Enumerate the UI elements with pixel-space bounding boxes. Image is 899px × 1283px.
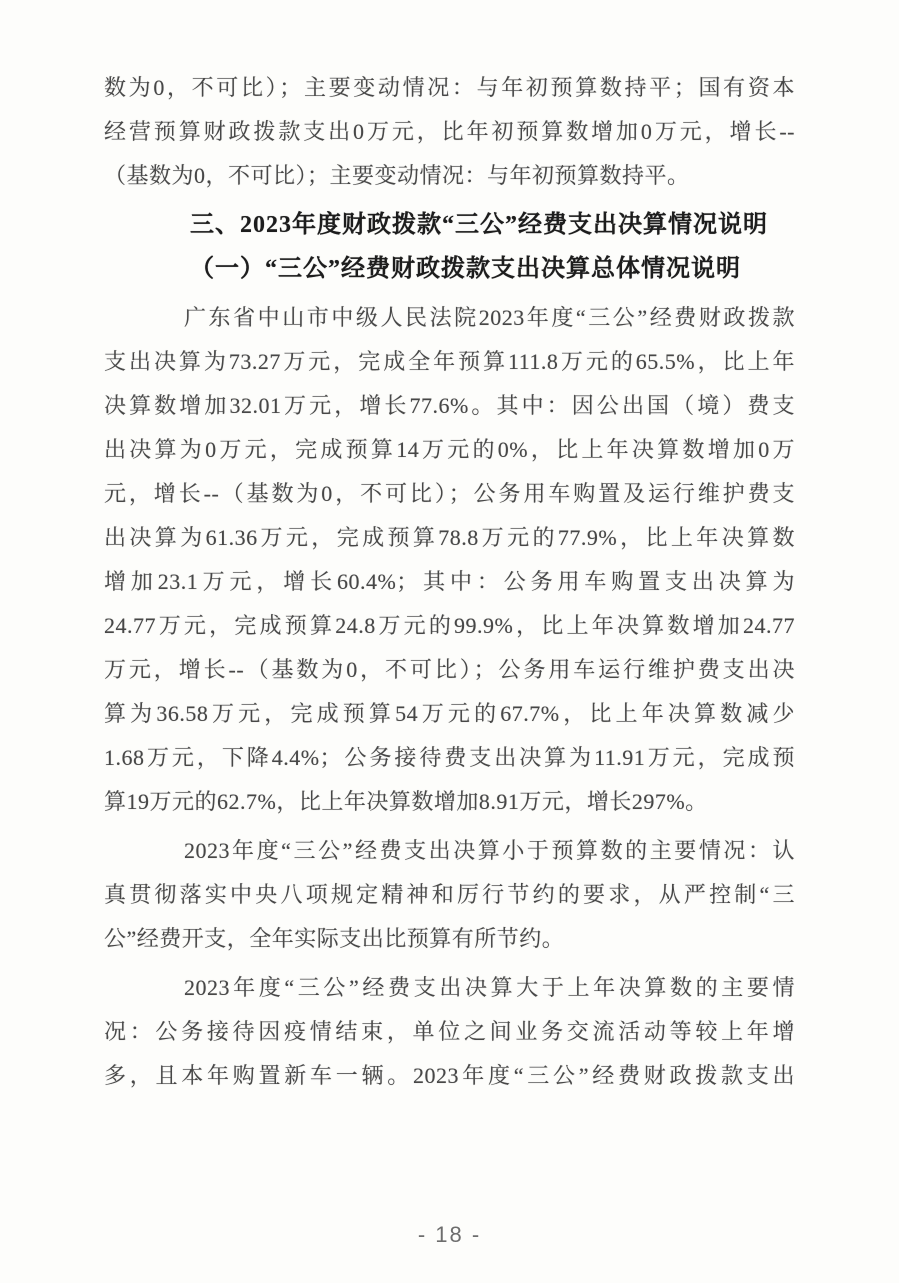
- document-page: 数为0，不可比）；主要变动情况：与年初预算数持平；国有资本经营预算财政拨款支出0…: [0, 0, 899, 1283]
- subsection-heading: （一）“三公”经费财政拨款支出决算总体情况说明: [104, 247, 795, 291]
- text-line: 况：公务接待因疫情结束，单位之间业务交流活动等较上年增: [104, 1010, 795, 1054]
- document-body: 数为0，不可比）；主要变动情况：与年初预算数持平；国有资本经营预算财政拨款支出0…: [104, 66, 795, 1098]
- text-line: 2023年度“三公”经费支出决算小于预算数的主要情况：认: [104, 829, 795, 873]
- text-line: 公”经费开支，全年实际支出比预算有所节约。: [104, 917, 795, 961]
- text-line: 算19万元的62.7%，比上年决算数增加8.91万元，增长297%。: [104, 780, 795, 824]
- text-line: 元，增长--（基数为0，不可比）；公务用车购置及运行维护费支: [104, 472, 795, 516]
- text-line: 1.68万元，下降4.4%；公务接待费支出决算为11.91万元，完成预: [104, 736, 795, 780]
- text-line: 决算数增加32.01万元，增长77.6%。其中：因公出国（境）费支: [104, 384, 795, 428]
- page-number: - 18 -: [0, 1220, 899, 1250]
- text-line: 数为0，不可比）；主要变动情况：与年初预算数持平；国有资本: [104, 66, 795, 110]
- text-line: 算为36.58万元，完成预算54万元的67.7%，比上年决算数减少: [104, 692, 795, 736]
- text-line: 24.77万元，完成预算24.8万元的99.9%，比上年决算数增加24.77: [104, 604, 795, 648]
- text-line: 出决算为0万元，完成预算14万元的0%，比上年决算数增加0万: [104, 428, 795, 472]
- text-line: 广东省中山市中级人民法院2023年度“三公”经费财政拨款: [104, 296, 795, 340]
- text-line: 万元，增长--（基数为0，不可比）；公务用车运行维护费支出决: [104, 648, 795, 692]
- text-line: 2023年度“三公”经费支出决算大于上年决算数的主要情: [104, 966, 795, 1010]
- text-line: 多，且本年购置新车一辆。2023年度“三公”经费财政拨款支出: [104, 1054, 795, 1098]
- text-line: 经营预算财政拨款支出0万元，比年初预算数增加0万元，增长--: [104, 110, 795, 154]
- section-heading: 三、2023年度财政拨款“三公”经费支出决算情况说明: [104, 203, 795, 247]
- text-line: 真贯彻落实中央八项规定精神和厉行节约的要求，从严控制“三: [104, 873, 795, 917]
- text-line: （基数为0，不可比）；主要变动情况：与年初预算数持平。: [104, 154, 795, 198]
- text-line: 增加23.1万元，增长60.4%；其中：公务用车购置支出决算为: [104, 560, 795, 604]
- text-line: 出决算为61.36万元，完成预算78.8万元的77.9%，比上年决算数: [104, 516, 795, 560]
- text-line: 支出决算为73.27万元，完成全年预算111.8万元的65.5%，比上年: [104, 340, 795, 384]
